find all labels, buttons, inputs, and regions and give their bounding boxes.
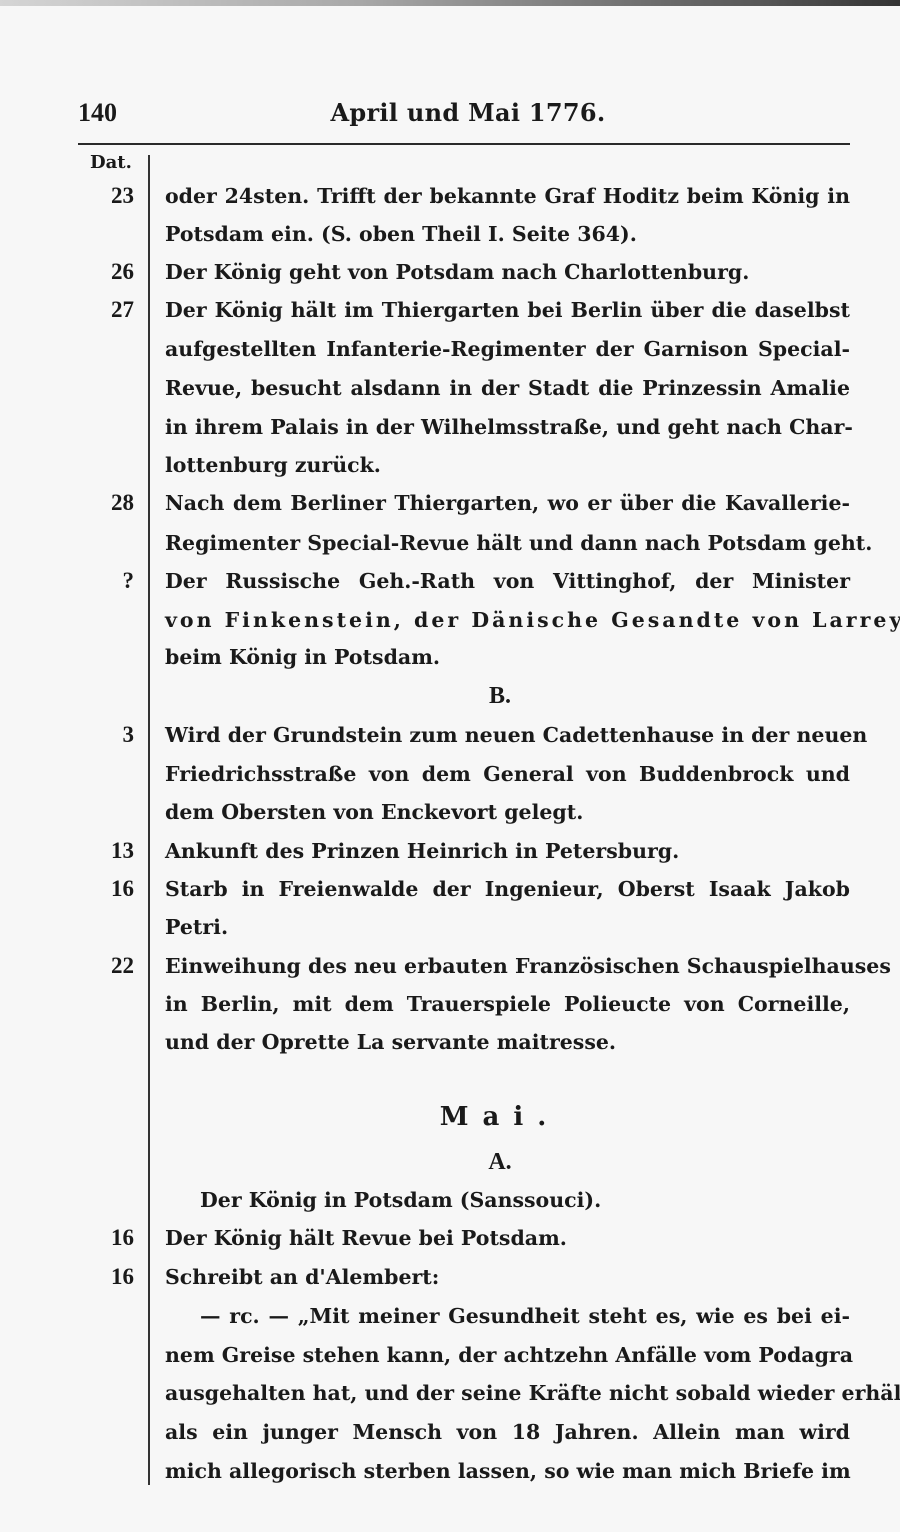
entry-date: 3 bbox=[78, 716, 134, 754]
month-heading: Mai. bbox=[150, 1098, 850, 1136]
entry-line: Der Russische Geh.-Rath von Vittinghof, … bbox=[165, 562, 850, 600]
quote-line: nem Greise stehen kann, der achtzehn Anf… bbox=[165, 1336, 850, 1374]
entry-line: in Berlin, mit dem Trauerspiele Polieuct… bbox=[165, 985, 850, 1023]
entry-date: 22 bbox=[78, 947, 134, 985]
entry-line: Einweihung des neu erbauten Französische… bbox=[165, 947, 850, 985]
entry-line: dem Obersten von Enckevort gelegt. bbox=[165, 793, 850, 831]
quote-line: — rc. — „Mit meiner Gesundheit steht es,… bbox=[200, 1297, 850, 1335]
section-heading-a: A. bbox=[150, 1143, 850, 1181]
running-title: April und Mai 1776. bbox=[78, 98, 858, 127]
quote-line: ausgehalten hat, und der seine Kräfte ni… bbox=[165, 1374, 850, 1412]
entry-date: 16 bbox=[78, 870, 134, 908]
quote-line: als ein junger Mensch von 18 Jahren. All… bbox=[165, 1413, 850, 1451]
book-page: 140 April und Mai 1776. Dat. 23 oder 24s… bbox=[0, 0, 900, 1532]
entry-date: 23 bbox=[78, 177, 134, 215]
entry-line: Potsdam ein. (S. oben Theil I. Seite 364… bbox=[165, 215, 850, 253]
entry-date: 28 bbox=[78, 484, 134, 522]
entry-line: oder 24sten. Trifft der bekannte Graf Ho… bbox=[165, 177, 850, 215]
entry-line: aufgestellten Infanterie-Regimenter der … bbox=[165, 330, 850, 368]
page-header: 140 April und Mai 1776. bbox=[78, 98, 858, 132]
entry-line: Regimenter Special-Revue hält und dann n… bbox=[165, 524, 850, 562]
date-column-divider bbox=[148, 155, 150, 1485]
entry-line: Ankunft des Prinzen Heinrich in Petersbu… bbox=[165, 832, 850, 870]
entry-date: 26 bbox=[78, 253, 134, 291]
entry-line: Wird der Grundstein zum neuen Cadettenha… bbox=[165, 716, 850, 754]
entry-line: in ihrem Palais in der Wilhelmsstraße, u… bbox=[165, 408, 850, 446]
entry-date: 27 bbox=[78, 291, 134, 329]
entry-line: Der König hält Revue bei Potsdam. bbox=[165, 1219, 850, 1257]
quote-line: mich allegorisch sterben lassen, so wie … bbox=[165, 1452, 850, 1490]
entry-date: ? bbox=[78, 562, 134, 600]
entry-line: Friedrichsstraße von dem General von Bud… bbox=[165, 755, 850, 793]
entry-line: Der König hält im Thiergarten bei Berlin… bbox=[165, 291, 850, 329]
entry-line: und der Oprette La servante maitresse. bbox=[165, 1023, 850, 1061]
entry-date: 13 bbox=[78, 832, 134, 870]
entry-line: von Finkenstein, der Dänische Gesandte v… bbox=[165, 601, 850, 639]
entry-line: beim König in Potsdam. bbox=[165, 638, 850, 676]
entry-line: Der König geht von Potsdam nach Charlott… bbox=[165, 253, 850, 291]
entry-date: 16 bbox=[78, 1219, 134, 1257]
date-column-label: Dat. bbox=[90, 152, 132, 173]
entry-line: Revue, besucht alsdann in der Stadt die … bbox=[165, 369, 850, 407]
entry-line: Starb in Freienwalde der Ingenieur, Ober… bbox=[165, 870, 850, 908]
scan-edge-shadow bbox=[0, 0, 900, 6]
entry-date: 16 bbox=[78, 1258, 134, 1296]
entry-line: lottenburg zurück. bbox=[165, 446, 850, 484]
entry-line: Schreibt an d'Alembert: bbox=[165, 1258, 850, 1296]
section-heading-b: B. bbox=[150, 677, 850, 715]
header-rule bbox=[78, 143, 850, 145]
entry-line: Petri. bbox=[165, 908, 850, 946]
entry-line: Der König in Potsdam (Sanssouci). bbox=[200, 1181, 850, 1219]
entry-line: Nach dem Berliner Thiergarten, wo er übe… bbox=[165, 484, 850, 522]
